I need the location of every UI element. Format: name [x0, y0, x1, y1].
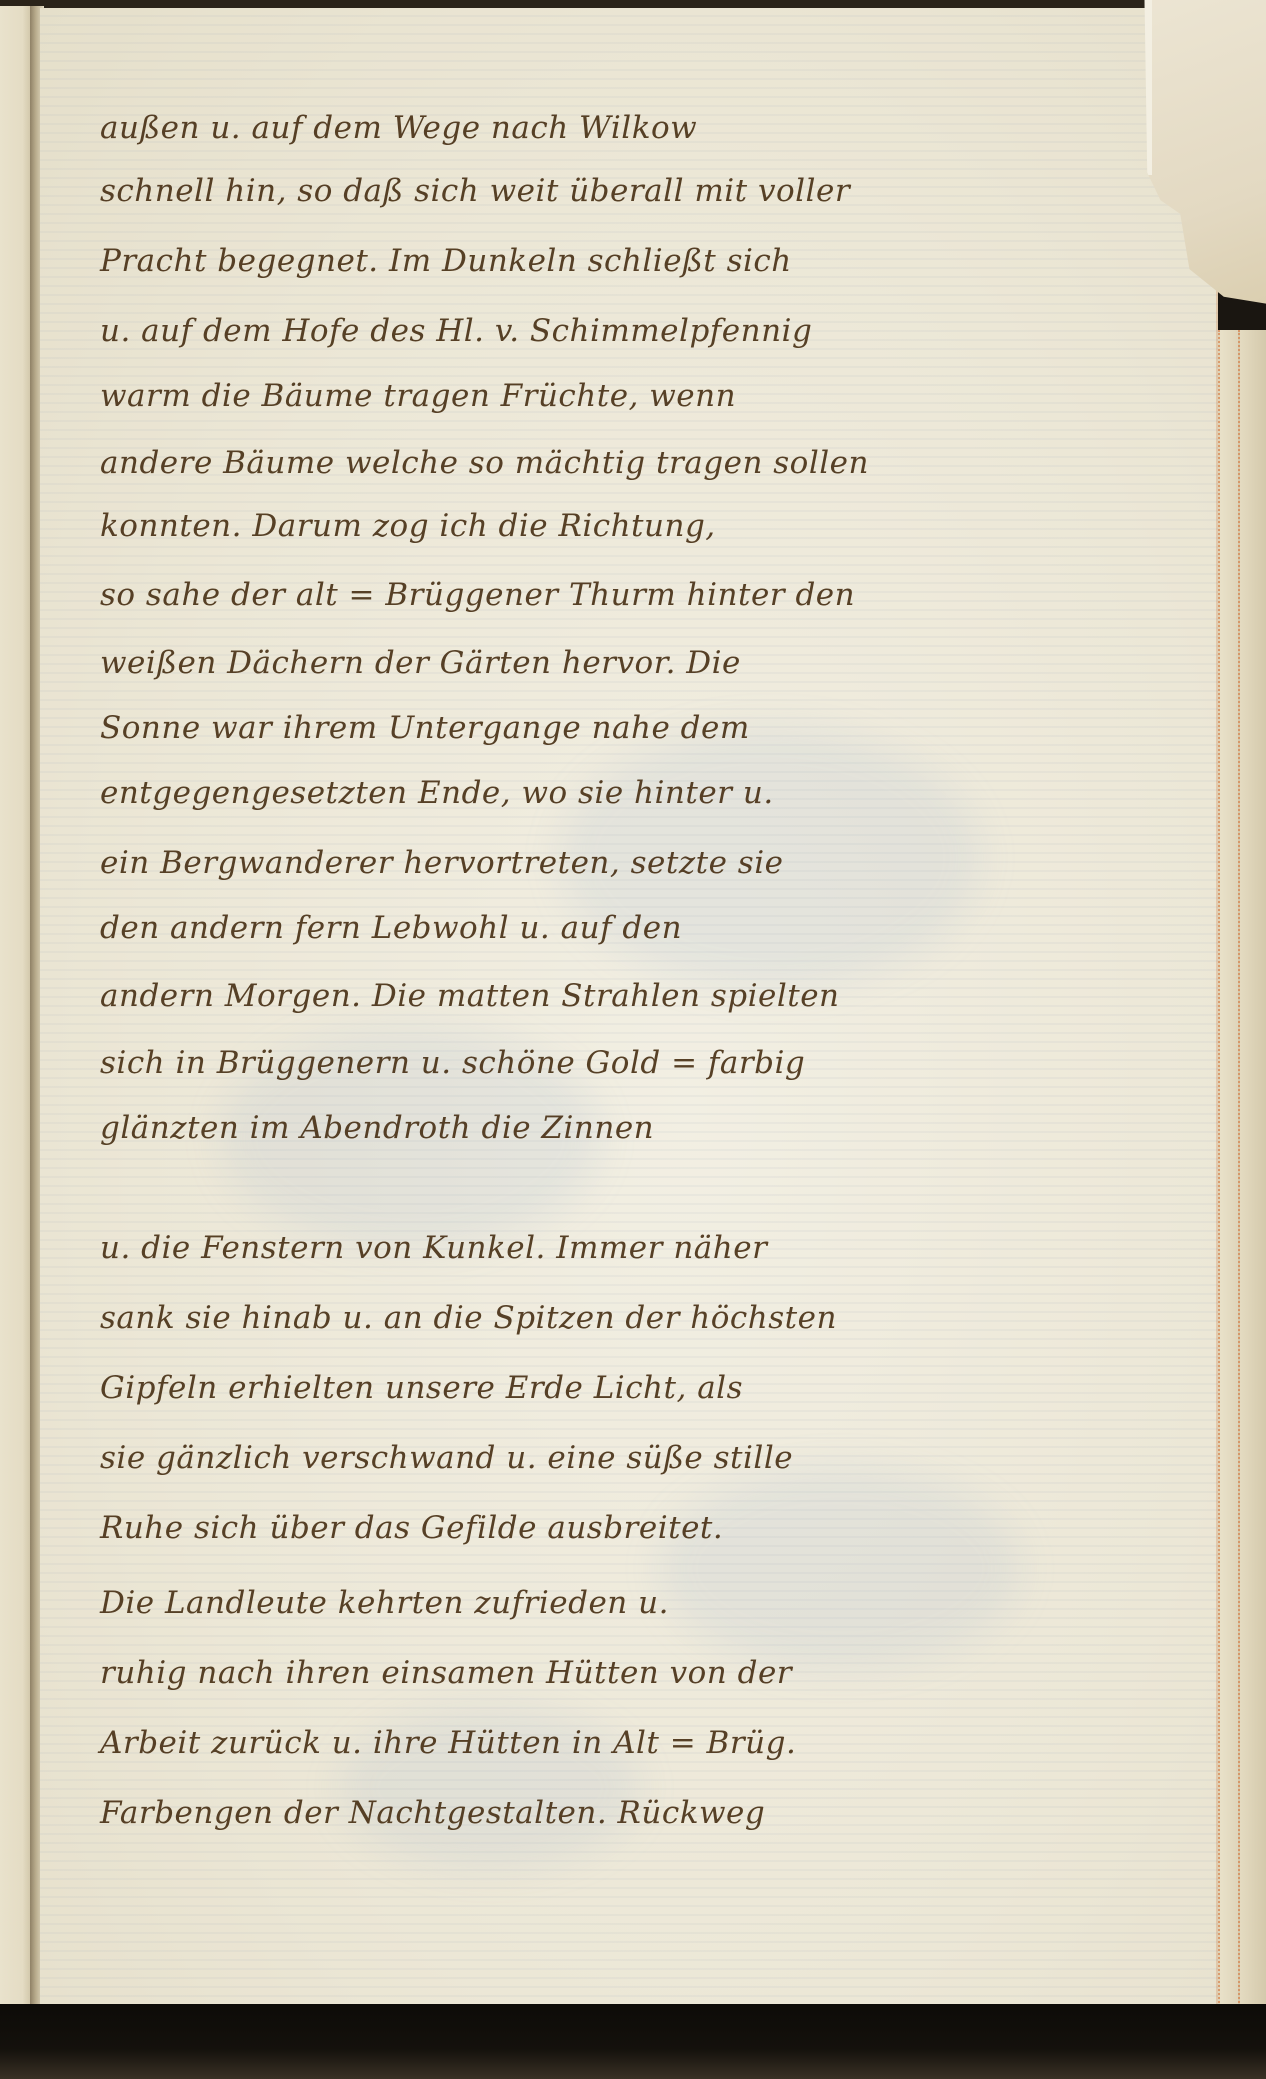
text-line: weißen Dächern der Gärten hervor. Die — [100, 645, 741, 681]
text-line: so sahe der alt = Brüggener Thurm hinter… — [100, 577, 855, 613]
facing-page-edge — [0, 6, 32, 2008]
text-line: schnell hin, so daß sich weit überall mi… — [100, 173, 850, 209]
text-line: Sonne war ihrem Untergange nahe dem — [100, 710, 750, 746]
scan-top-edge — [0, 0, 1266, 8]
text-line: u. die Fenstern von Kunkel. Immer näher — [100, 1230, 767, 1266]
text-line: Farbengen der Nachtgestalten. Rückweg — [100, 1795, 765, 1831]
text-line: ein Bergwanderer hervortreten, setzte si… — [100, 845, 783, 881]
text-line: konnten. Darum zog ich die Richtung, — [100, 508, 716, 544]
text-line: warm die Bäume tragen Früchte, wenn — [100, 378, 736, 414]
text-line: entgegengesetzten Ende, wo sie hinter u. — [100, 775, 774, 811]
text-line: Arbeit zurück u. ihre Hütten in Alt = Br… — [100, 1725, 796, 1761]
text-line: glänzten im Abendroth die Zinnen — [100, 1110, 654, 1146]
text-line: sie gänzlich verschwand u. eine süße sti… — [100, 1440, 793, 1476]
text-line: Die Landleute kehrten zufrieden u. — [100, 1585, 669, 1621]
text-line: Gipfeln erhielten unsere Erde Licht, als — [100, 1370, 743, 1406]
text-line: u. auf dem Hofe des Hl. v. Schimmelpfenn… — [100, 313, 812, 349]
text-line: den andern fern Lebwohl u. auf den — [100, 910, 682, 946]
text-line: sank sie hinab u. an die Spitzen der höc… — [100, 1300, 837, 1336]
text-line: Ruhe sich über das Gefilde ausbreitet. — [100, 1510, 723, 1546]
scan-bottom-edge — [0, 2004, 1266, 2079]
text-line: andern Morgen. Die matten Strahlen spiel… — [100, 978, 840, 1014]
text-line: ruhig nach ihren einsamen Hütten von der — [100, 1655, 792, 1691]
page-edge-leaf — [1238, 330, 1266, 2050]
text-line: sich in Brüggenern u. schöne Gold = farb… — [100, 1045, 805, 1081]
text-line: andere Bäume welche so mächtig tragen so… — [100, 445, 869, 481]
text-line: Pracht begegnet. Im Dunkeln schließt sic… — [100, 243, 792, 279]
ink-bleed-through — [660, 1468, 1020, 1668]
text-line: außen u. auf dem Wege nach Wilkow — [100, 110, 697, 146]
